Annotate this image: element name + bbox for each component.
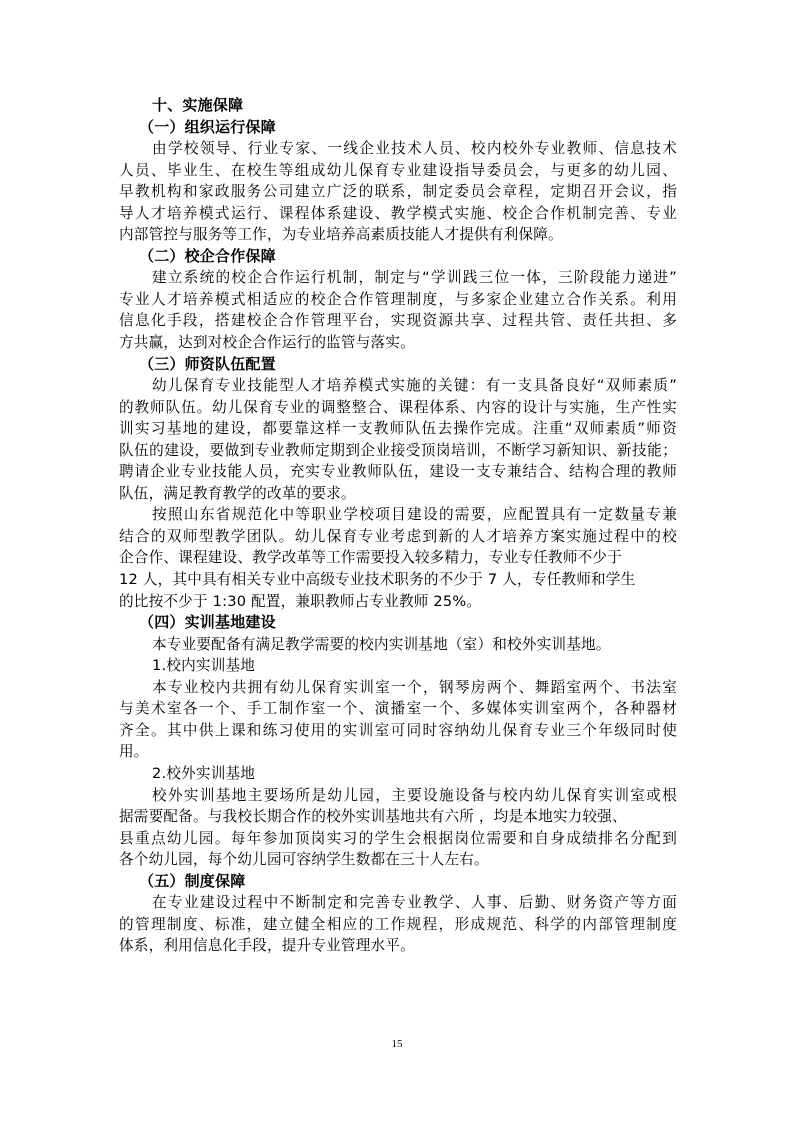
paragraph-line: 专业人才培养模式相适应的校企合作管理制度，与多家企业建立合作关系。利用 — [119, 289, 677, 311]
paragraph-line: 按照山东省规范化中等职业学校项目建设的需要，应配置具有一定数量专兼 — [119, 504, 677, 526]
paragraph-line: 训实习基地的建设，都要靠这样一支教师队伍去操作完成。注重“双师素质”师资 — [119, 418, 677, 440]
subsection-heading: （四）实训基地建设 — [119, 612, 677, 634]
page-number: 15 — [0, 1038, 794, 1050]
paragraph-line: 体系，利用信息化手段，提升专业管理水平。 — [119, 935, 677, 957]
paragraph-line: 的管理制度、标准，建立健全相应的工作规程，形成规范、科学的内部管理制度 — [119, 914, 677, 936]
paragraph-line: 企合作、课程建设、教学改革等工作需要投入较多精力，专业专任教师不少于 — [119, 547, 677, 569]
subsection-heading: （三）师资队伍配置 — [119, 354, 677, 376]
paragraph-line: 队伍的建设，要做到专业教师定期到企业接受顶岗培训，不断学习新知识、新技能； — [119, 440, 677, 462]
paragraph-line: 队伍，满足教育教学的改革的要求。 — [119, 483, 677, 505]
document-page: 十、实施保障 （一）组织运行保障 由学校领导、行业专家、一线企业技术人员、校内校… — [119, 95, 677, 957]
paragraph-line: 的教师队伍。幼儿保育专业的调整整合、课程体系、内容的设计与实施，生产性实 — [119, 397, 677, 419]
subsection-heading: （一）组织运行保障 — [119, 117, 677, 139]
paragraph-line: 内部管控与服务等工作，为专业培养高素质技能人才提供有利保障。 — [119, 224, 677, 246]
paragraph-line: 用。 — [119, 741, 677, 763]
subsection-heading: （五）制度保障 — [119, 871, 677, 893]
paragraph-line: 由学校领导、行业专家、一线企业技术人员、校内校外专业教师、信息技术 — [119, 138, 677, 160]
paragraph-line: 人员、毕业生、在校生等组成幼儿保育专业建设指导委员会，与更多的幼儿园、 — [119, 160, 677, 182]
paragraph-line: 幼儿保育专业技能型人才培养模式实施的关键：有一支具备良好“双师素质” — [119, 375, 677, 397]
list-item-label: 2.校外实训基地 — [119, 763, 677, 785]
paragraph-line: 在专业建设过程中不断制定和完善专业教学、人事、后勤、财务资产等方面 — [119, 892, 677, 914]
paragraph-line: 信息化手段，搭建校企合作管理平台，实现资源共享、过程共管、责任共担、多 — [119, 310, 677, 332]
paragraph-line: 早教机构和家政服务公司建立广泛的联系，制定委员会章程，定期召开会议，指 — [119, 181, 677, 203]
subsection-heading: （二）校企合作保障 — [119, 246, 677, 268]
section-title: 十、实施保障 — [119, 95, 677, 117]
paragraph-line: 校外实训基地主要场所是幼儿园，主要设施设备与校内幼儿保育实训室或根 — [119, 785, 677, 807]
list-item-label: 1.校内实训基地 — [119, 655, 677, 677]
paragraph-line: 本专业要配备有满足教学需要的校内实训基地（室）和校外实训基地。 — [119, 634, 677, 656]
paragraph-line: 的比按不少于 1:30 配置，兼职教师占专业教师 25%。 — [119, 591, 677, 613]
paragraph-line: 据需要配备。与我校长期合作的校外实训基地共有六所 ，均是本地实力较强、 — [119, 806, 677, 828]
paragraph-line: 各个幼儿园，每个幼儿园可容纳学生数都在三十人左右。 — [119, 849, 677, 871]
paragraph-line: 与美术室各一个、手工制作室一个、演播室一个、多媒体实训室两个，各种器材 — [119, 698, 677, 720]
paragraph-line: 聘请企业专业技能人员，充实专业教师队伍，建设一支专兼结合、结构合理的教师 — [119, 461, 677, 483]
paragraph-line: 齐全。其中供上课和练习使用的实训室可同时容纳幼儿保育专业三个年级同时使 — [119, 720, 677, 742]
paragraph-line: 导人才培养模式运行、课程体系建设、教学模式实施、校企合作机制完善、专业 — [119, 203, 677, 225]
paragraph-line: 方共赢，达到对校企合作运行的监管与落实。 — [119, 332, 677, 354]
paragraph-line: 12 人，其中具有相关专业中高级专业技术职务的不少于 7 人，专任教师和学生 — [119, 569, 677, 591]
paragraph-line: 建立系统的校企合作运行机制，制定与“学训践三位一体，三阶段能力递进” — [119, 267, 677, 289]
paragraph-line: 结合的双师型教学团队。幼儿保育专业考虑到新的人才培养方案实施过程中的校 — [119, 526, 677, 548]
paragraph-line: 县重点幼儿园。每年参加顶岗实习的学生会根据岗位需要和自身成绩排名分配到 — [119, 828, 677, 850]
paragraph-line: 本专业校内共拥有幼儿保育实训室一个，钢琴房两个、舞蹈室两个、书法室 — [119, 677, 677, 699]
